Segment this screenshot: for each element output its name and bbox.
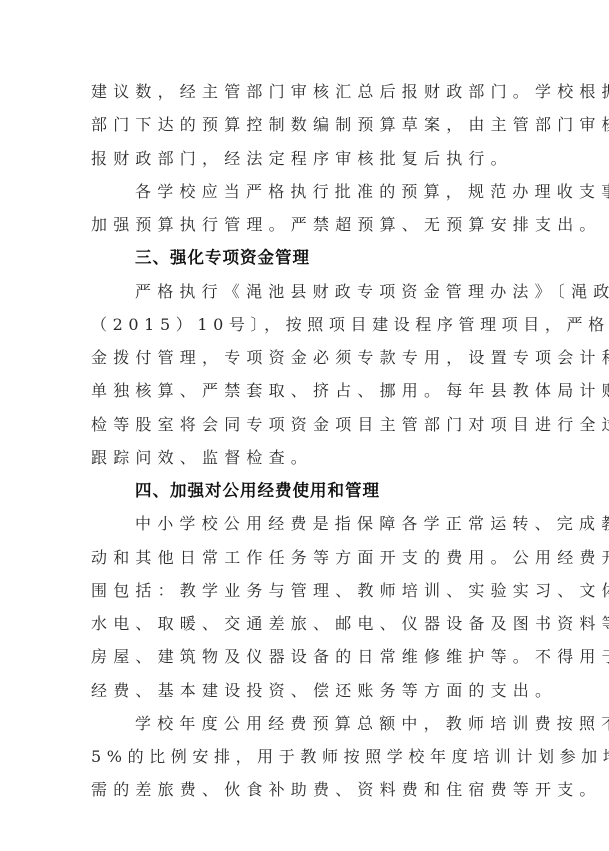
text-line: 跟踪问效、监督检查。 bbox=[91, 441, 521, 474]
text-line: 建议数，经主管部门审核汇总后报财政部门。学校根据财政 bbox=[91, 75, 521, 108]
text-line: 房屋、建筑物及仪器设备的日常维修维护等。不得用于人员 bbox=[91, 640, 521, 673]
text-line: 各学校应当严格执行批准的预算，规范办理收支事项， bbox=[91, 175, 521, 208]
paragraph-public-funds-definition: 中小学校公用经费是指保障各学正常运转、完成教学活 动和其他日常工作任务等方面开支… bbox=[91, 507, 521, 707]
section-heading-3: 三、强化专项资金管理 bbox=[91, 241, 521, 274]
text-line: 部门下达的预算控制数编制预算草案，由主管部门审核汇总 bbox=[91, 108, 521, 141]
text-line: 动和其他日常工作任务等方面开支的费用。公用经费开支范 bbox=[91, 541, 521, 574]
paragraph-teacher-training: 学校年度公用经费预算总额中，教师培训费按照不低于 5%的比例安排，用于教师按照学… bbox=[91, 707, 521, 807]
text-line: （2015）10号〕，按照项目建设程序管理项目，严格财政资 bbox=[91, 308, 521, 341]
text-line: 单独核算、严禁套取、挤占、挪用。每年县教体局计财、纪 bbox=[91, 374, 521, 407]
text-line: 经费、基本建设投资、偿还账务等方面的支出。 bbox=[91, 674, 521, 707]
paragraph-budget-continued: 建议数，经主管部门审核汇总后报财政部门。学校根据财政 部门下达的预算控制数编制预… bbox=[91, 75, 521, 175]
text-line: 检等股室将会同专项资金项目主管部门对项目进行全过程 bbox=[91, 408, 521, 441]
text-line: 金拨付管理，专项资金必须专款专用，设置专项会计科目、 bbox=[91, 341, 521, 374]
text-line: 严格执行《渑池县财政专项资金管理办法》〔渑政办 bbox=[91, 275, 521, 308]
paragraph-special-funds: 严格执行《渑池县财政专项资金管理办法》〔渑政办 （2015）10号〕，按照项目建… bbox=[91, 275, 521, 475]
document-page: 建议数，经主管部门审核汇总后报财政部门。学校根据财政 部门下达的预算控制数编制预… bbox=[91, 75, 521, 807]
text-line: 学校年度公用经费预算总额中，教师培训费按照不低于 bbox=[91, 707, 521, 740]
text-line: 加强预算执行管理。严禁超预算、无预算安排支出。 bbox=[91, 208, 521, 241]
section-heading-4: 四、加强对公用经费使用和管理 bbox=[91, 474, 521, 507]
text-line: 水电、取暖、交通差旅、邮电、仪器设备及图书资料等购置、 bbox=[91, 607, 521, 640]
text-line: 5%的比例安排，用于教师按照学校年度培训计划参加培训所 bbox=[91, 740, 521, 773]
text-line: 中小学校公用经费是指保障各学正常运转、完成教学活 bbox=[91, 507, 521, 540]
paragraph-budget-execution: 各学校应当严格执行批准的预算，规范办理收支事项， 加强预算执行管理。严禁超预算、… bbox=[91, 175, 521, 242]
text-line: 需的差旅费、伙食补助费、资料费和住宿费等开支。 bbox=[91, 773, 521, 806]
text-line: 报财政部门，经法定程序审核批复后执行。 bbox=[91, 142, 521, 175]
text-line: 围包括：教学业务与管理、教师培训、实验实习、文体活动、 bbox=[91, 574, 521, 607]
